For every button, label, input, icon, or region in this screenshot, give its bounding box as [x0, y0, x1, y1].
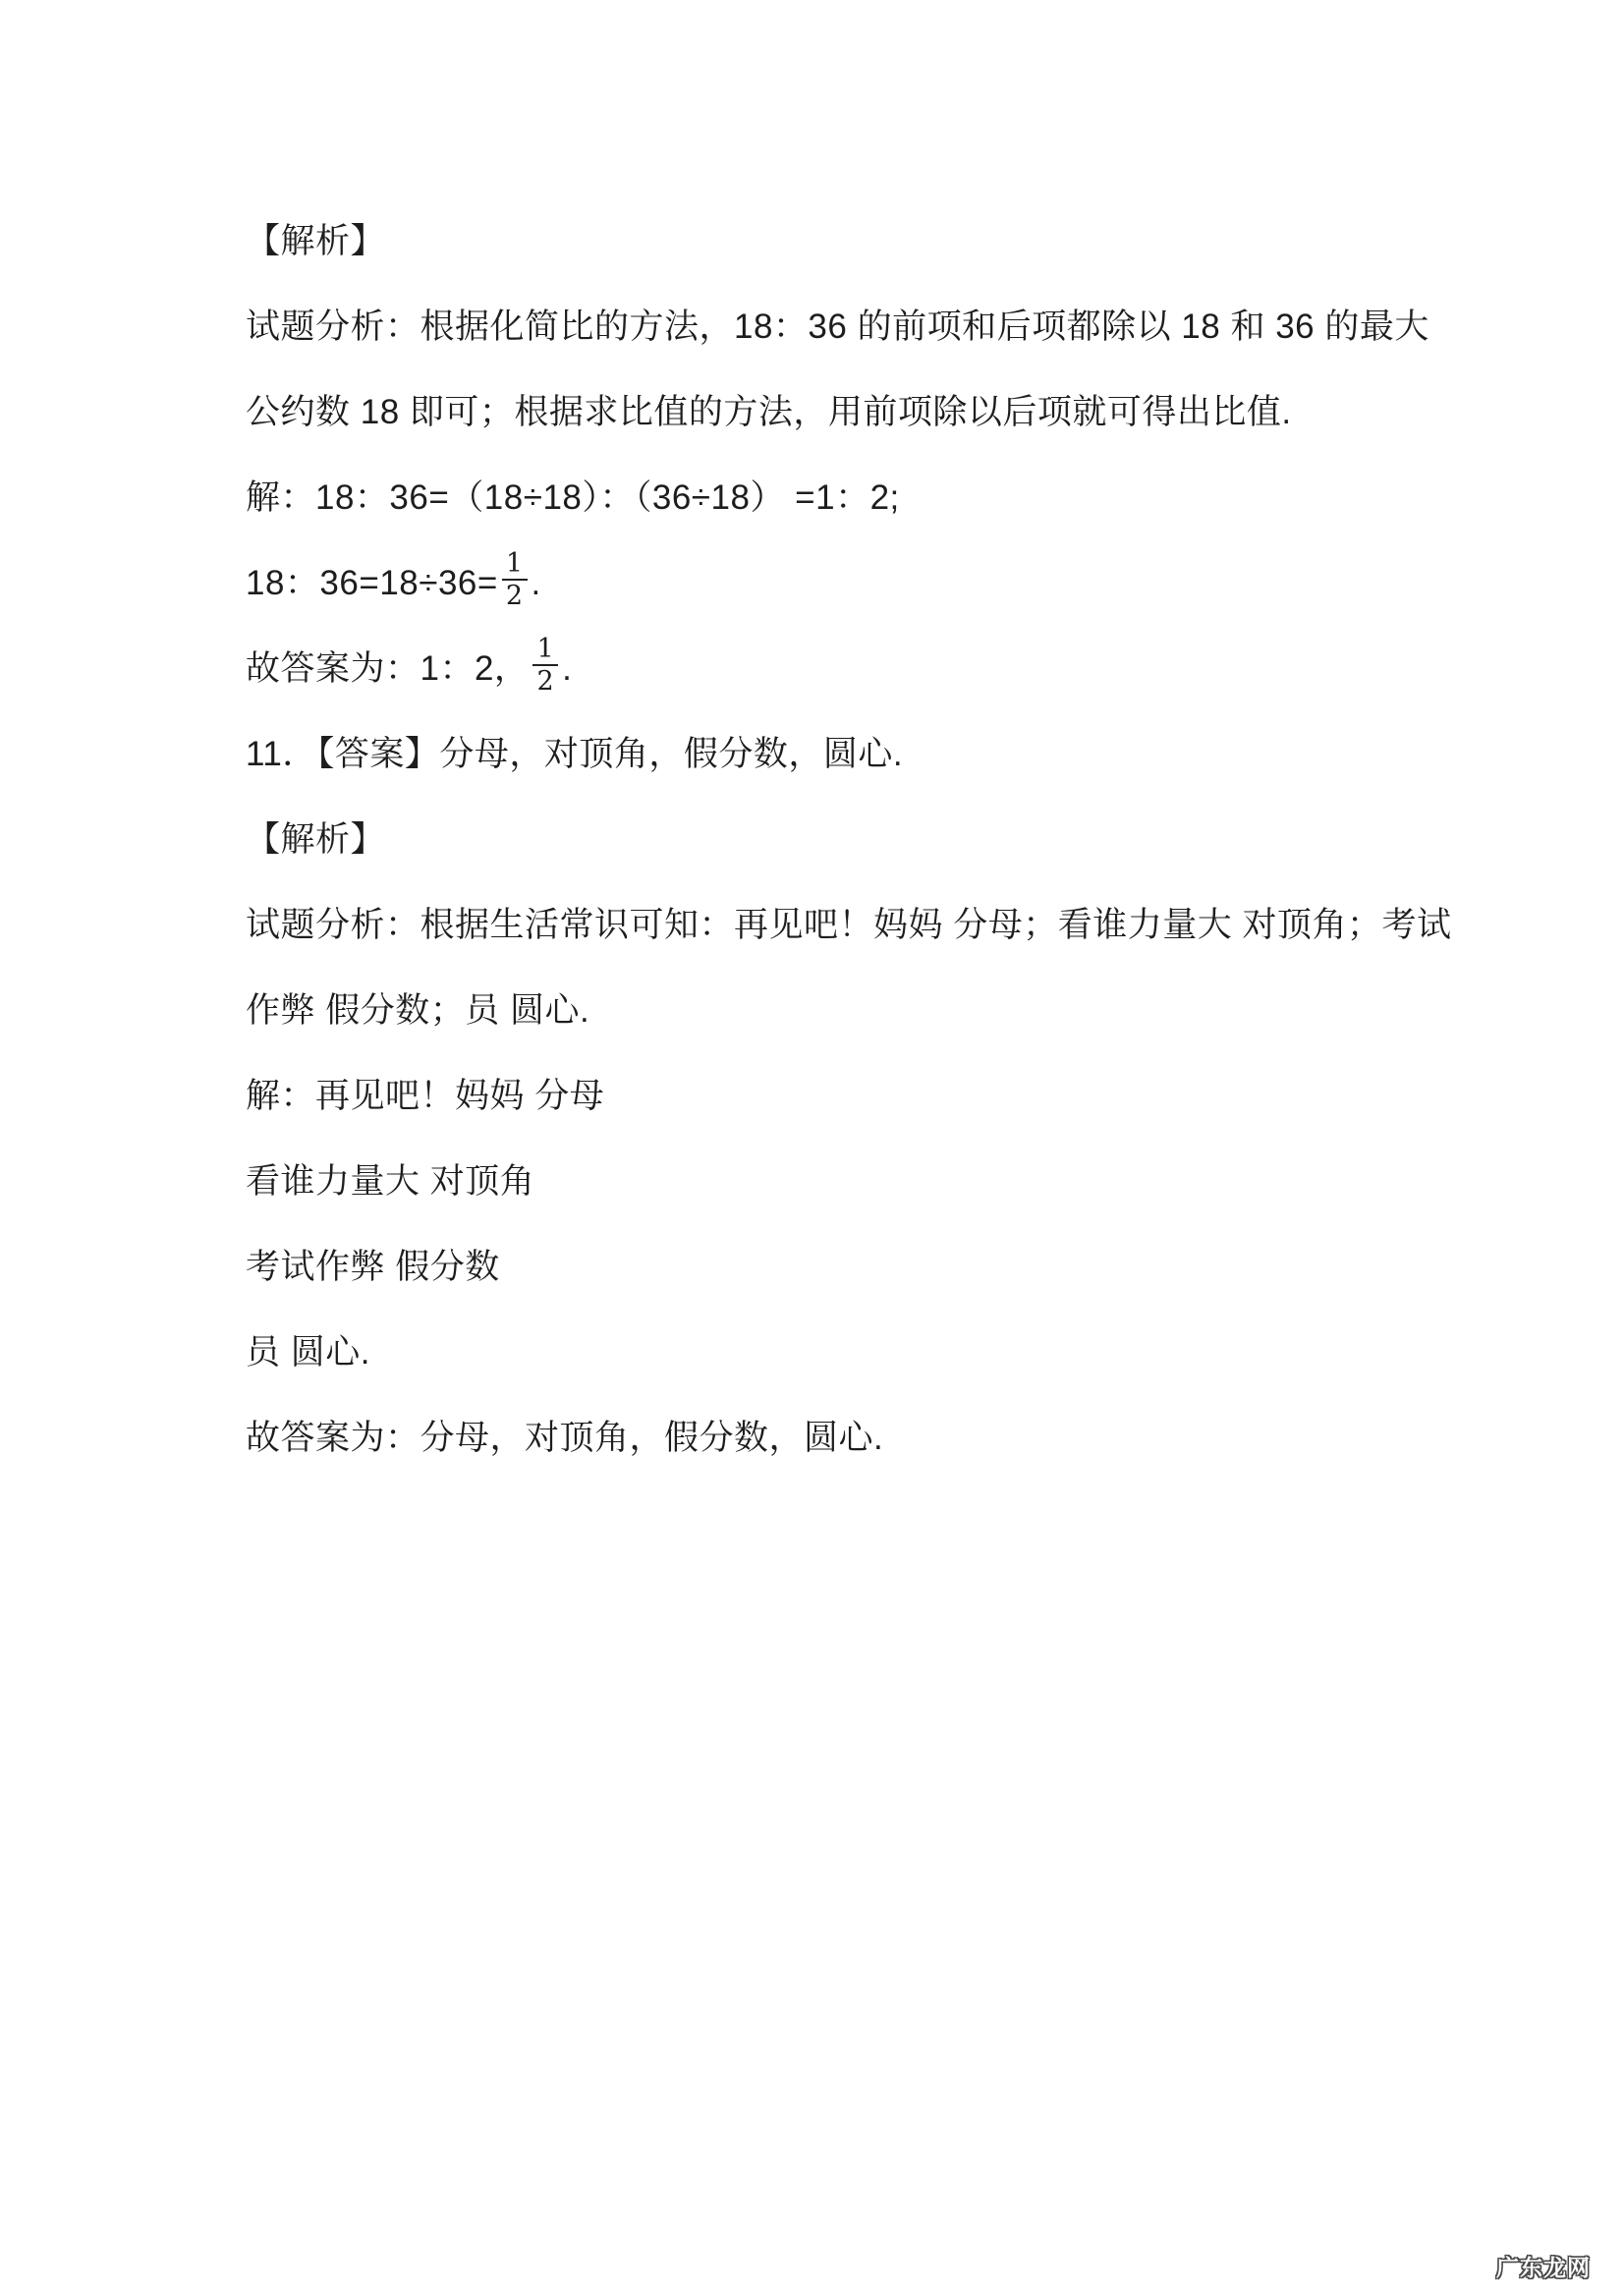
solution-pair-line-1: 解：再见吧！妈妈 分母 [246, 1053, 1585, 1139]
fraction-line-before: 故答案为：1：2， [246, 649, 529, 688]
solution-ratio-line: 解：18：36=（18÷18）：（36÷18） =1：2; [246, 455, 1585, 540]
section-heading-analysis: 【解析】 [246, 797, 1585, 882]
section-heading-analysis: 【解析】 [246, 198, 1585, 284]
answer-summary-q10: 故答案为：1：2，12. [246, 626, 1585, 711]
fraction-one-half: 12 [532, 635, 558, 696]
solution-pair-line-3: 考试作弊 假分数 [246, 1224, 1585, 1310]
answer-summary-q11: 故答案为：分母，对顶角，假分数，圆心. [246, 1395, 1585, 1481]
fraction-numerator: 1 [532, 635, 558, 664]
solution-fraction-line: 18：36=18÷36=12. [246, 540, 1585, 626]
analysis-text-line-4: 作弊 假分数；员 圆心. [246, 968, 1585, 1053]
analysis-text-line-1: 试题分析：根据化简比的方法，18：36 的前项和后项都除以 18 和 36 的最… [246, 284, 1585, 369]
fraction-one-half: 12 [502, 549, 528, 610]
fraction-line-after: . [532, 564, 541, 602]
analysis-text-line-2: 公约数 18 即可；根据求比值的方法，用前项除以后项就可得出比值. [246, 369, 1585, 455]
solution-pair-line-2: 看谁力量大 对顶角 [246, 1139, 1585, 1224]
fraction-numerator: 1 [502, 549, 528, 579]
answer-line-q11: 11．【答案】分母，对顶角，假分数，圆心. [246, 711, 1585, 797]
fraction-denominator: 2 [502, 579, 528, 610]
fraction-line-after: . [562, 649, 572, 688]
watermark-gdlong: 广东龙网 [1496, 2250, 1591, 2282]
solution-pair-line-4: 员 圆心. [246, 1310, 1585, 1395]
fraction-denominator: 2 [532, 664, 558, 696]
fraction-line-before: 18：36=18÷36= [246, 564, 498, 602]
analysis-text-line-3: 试题分析：根据生活常识可知：再见吧！妈妈 分母；看谁力量大 对顶角；考试 [246, 882, 1585, 968]
answer-analysis-content: 【解析】 试题分析：根据化简比的方法，18：36 的前项和后项都除以 18 和 … [246, 198, 1585, 1481]
document-page: 【解析】 试题分析：根据化简比的方法，18：36 的前项和后项都除以 18 和 … [0, 0, 1624, 2296]
